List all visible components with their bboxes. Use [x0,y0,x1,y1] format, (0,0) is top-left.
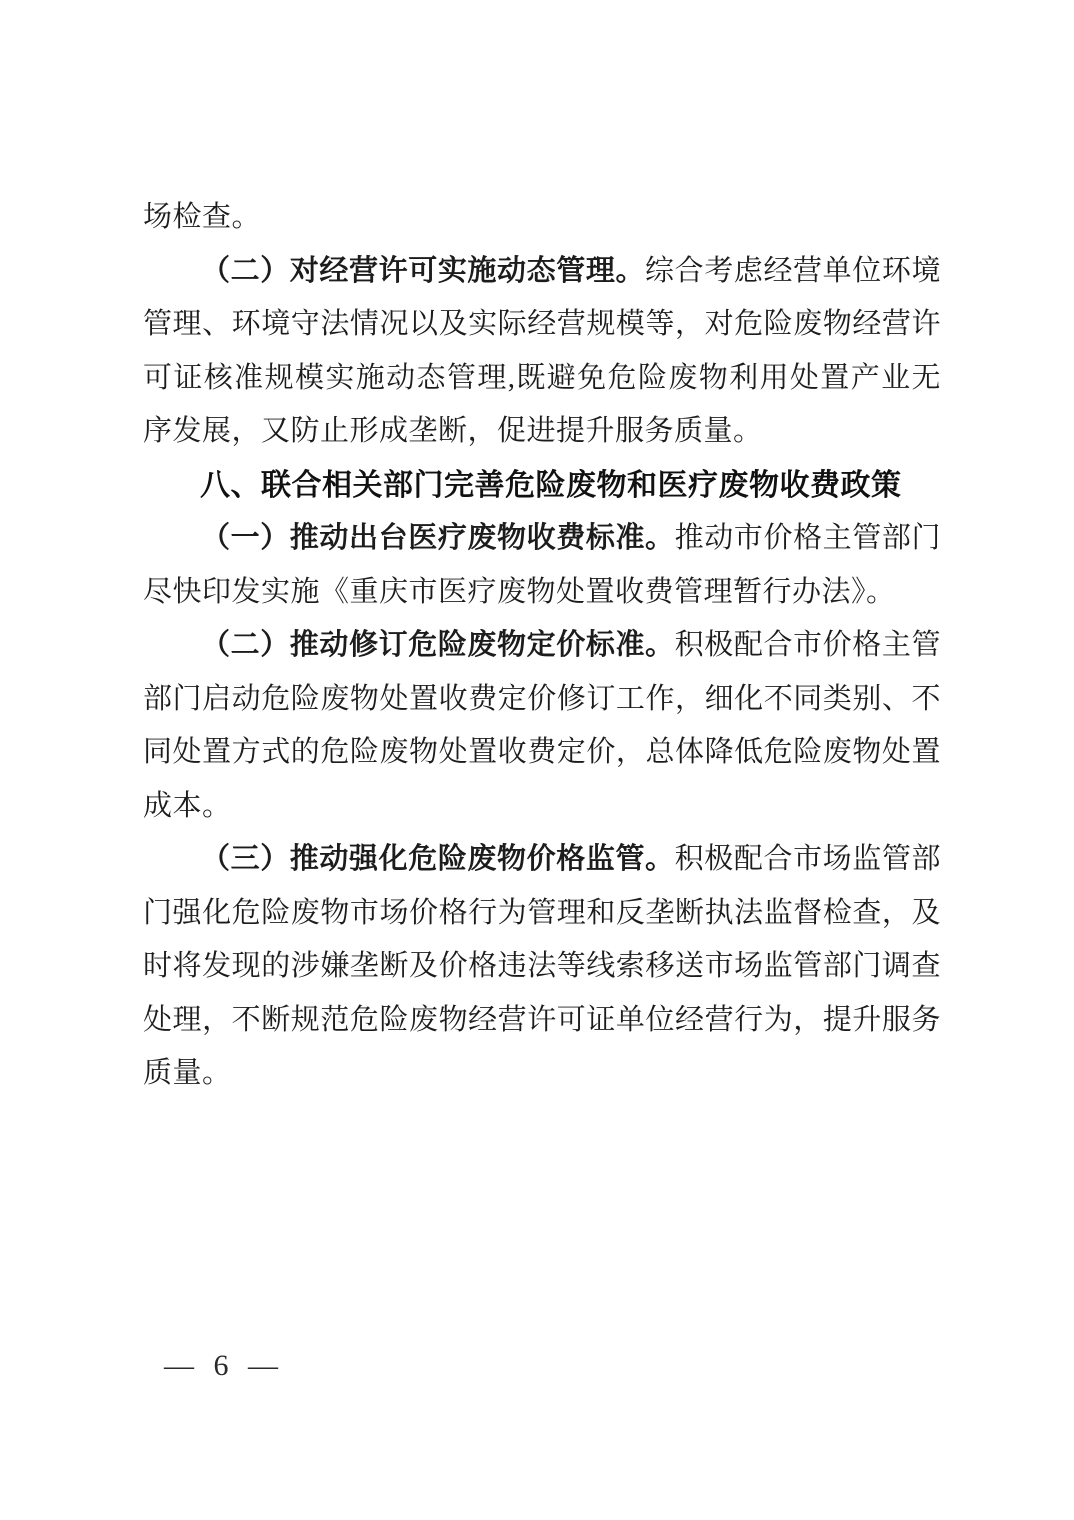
paragraph: （二）推动修订危险废物定价标准。积极配合市价格主管部门启动危险废物处置收费定价修… [143,619,941,833]
paragraph-text: 场检查。 [143,201,261,233]
paragraph-lead: （二）对经营许可实施动态管理。 [201,255,645,287]
paragraph: （三）推动强化危险废物价格监管。积极配合市场监管部门强化危险废物市场价格行为管理… [143,833,941,1101]
section-heading: 八、联合相关部门完善危险废物和医疗废物收费政策 [143,459,941,513]
paragraph-lead: （二）推动修订危险废物定价标准。 [201,629,675,661]
page-number: — 6 — [164,1346,284,1386]
paragraph-continuation: 场检查。 [143,191,941,245]
paragraph-lead: （三）推动强化危险废物价格监管。 [201,843,675,875]
paragraph: （二）对经营许可实施动态管理。综合考虑经营单位环境管理、环境守法情况以及实际经营… [143,245,941,459]
document-body: 场检查。 （二）对经营许可实施动态管理。综合考虑经营单位环境管理、环境守法情况以… [143,191,941,1101]
paragraph-text: 积极配合市场监管部门强化危险废物市场价格行为管理和反垄断执法监督检查，及时将发现… [143,843,941,1089]
document-page: 场检查。 （二）对经营许可实施动态管理。综合考虑经营单位环境管理、环境守法情况以… [0,0,1074,1520]
paragraph-lead: （一）推动出台医疗废物收费标准。 [201,522,675,554]
paragraph: （一）推动出台医疗废物收费标准。推动市价格主管部门尽快印发实施《重庆市医疗废物处… [143,512,941,619]
